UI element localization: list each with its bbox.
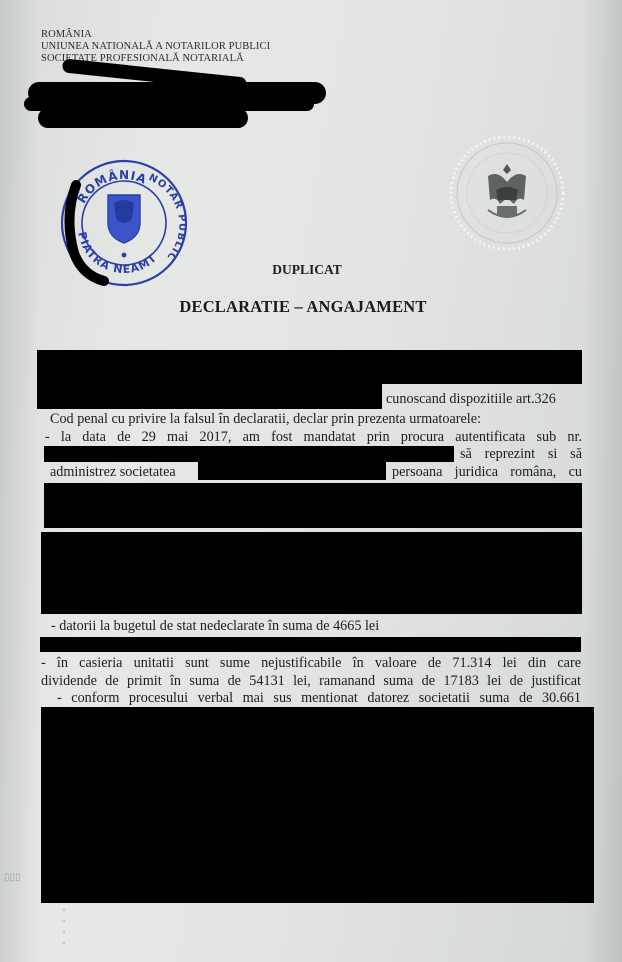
page-shadow-left [0,0,40,962]
redaction-block [41,707,594,903]
faint-stamp-trace: ◦◦◦◦ [62,905,66,949]
header-country: ROMÂNIA [41,29,270,41]
body-line-2: Cod penal cu privire la falsul în declar… [50,411,560,427]
body-line-4-end: să reprezint si să [460,446,582,462]
svg-text:NOTAR PUBLIC: NOTAR PUBLIC [147,172,188,263]
faint-stamp-trace: ▯▯▯ [4,872,21,883]
redaction-block [44,446,454,462]
body-line-5-start: administrez societatea [50,464,176,480]
redaction-block [37,383,382,409]
header-redaction-scribble [38,108,248,128]
redaction-block [198,461,386,480]
body-line-5-end: persoana juridica româna, cu [392,464,582,480]
scanned-document-page: ROMÂNIA UNIUNEA NATIONALĂ A NOTARILOR PU… [0,0,622,962]
redaction-block [37,350,582,384]
body-line-1-end: cunoscand dispozitiile art.326 [386,391,556,407]
document-title: DECLARATIE – ANGAJAMENT [0,297,622,317]
embossed-notary-seal-icon [448,134,566,252]
redaction-block [40,637,581,652]
item-minutes-debt: - conform procesului verbal mai sus ment… [57,690,581,706]
item-state-budget-debts: - datorii la bugetul de stat nedeclarate… [51,618,379,634]
body-line-3: - la data de 29 mai 2017, am fost mandat… [45,429,582,445]
item-cash-register-2: dividende de primit în suma de 54131 lei… [41,673,581,689]
item-cash-register-1: - în casieria unitatii sunt sume nejusti… [41,655,581,671]
header-union: UNIUNEA NATIONALĂ A NOTARILOR PUBLICI [41,41,270,53]
redaction-block [44,483,582,528]
redaction-block [41,532,582,614]
duplicate-label: DUPLICAT [0,262,622,278]
